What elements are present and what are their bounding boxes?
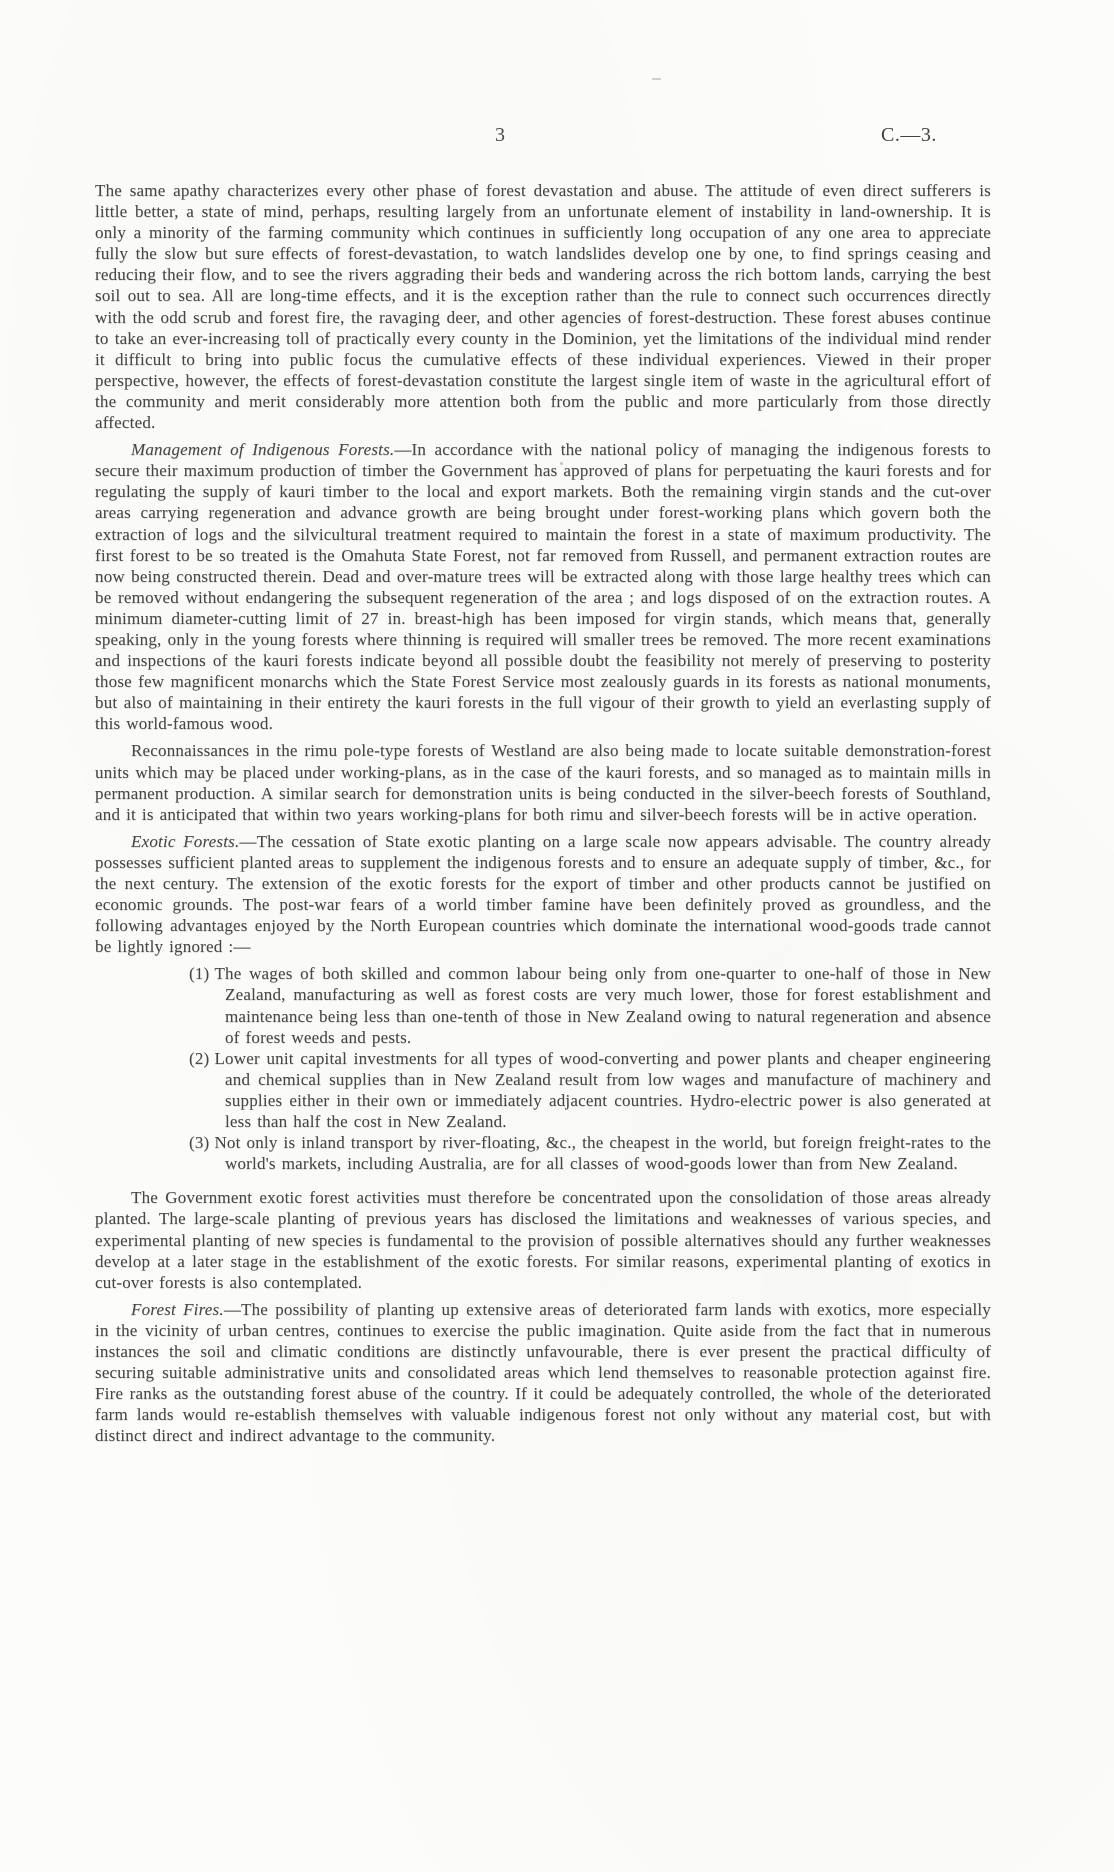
list-item-wages: (1)The wages of both skilled and common … bbox=[95, 963, 991, 1047]
paragraph-exotic-forests: Exotic Forests.—The cessation of State e… bbox=[95, 831, 991, 958]
page-body: The same apathy characterizes every othe… bbox=[95, 180, 991, 1446]
section-lead-forest-fires: Forest Fires. bbox=[131, 1300, 224, 1319]
list-marker: (1) bbox=[189, 964, 209, 983]
list-item-text: Not only is inland transport by river-fl… bbox=[214, 1133, 991, 1173]
paragraph-management-indigenous-forests: Management of Indigenous Forests.—In acc… bbox=[95, 439, 991, 734]
list-item-transport: (3)Not only is inland transport by river… bbox=[95, 1132, 991, 1174]
list-item-text: The wages of both skilled and common lab… bbox=[214, 964, 991, 1046]
list-item-text: Lower unit capital investments for all t… bbox=[214, 1049, 991, 1131]
paragraph-text: The Government exotic forest activities … bbox=[95, 1188, 991, 1291]
paragraph-forest-apathy: The same apathy characterizes every othe… bbox=[95, 180, 991, 433]
paper-code: C.—3. bbox=[881, 124, 937, 147]
paragraph-text: The same apathy characterizes every othe… bbox=[95, 181, 991, 432]
document-page: 3 C.—3. The same apathy characterizes ev… bbox=[0, 0, 1114, 1872]
paragraph-text: —The possibility of planting up extensiv… bbox=[95, 1300, 991, 1446]
section-lead-exotic-forests: Exotic Forests. bbox=[131, 832, 239, 851]
list-marker: (2) bbox=[189, 1049, 209, 1068]
paragraph-reconnaissances: Reconnaissances in the rimu pole-type fo… bbox=[95, 740, 991, 824]
page-header: 3 C.—3. bbox=[0, 124, 1114, 154]
paragraph-government-exotic-activities: The Government exotic forest activities … bbox=[95, 1187, 991, 1292]
section-lead-management-of-indigenous-forests: Management of Indigenous Forests. bbox=[131, 440, 394, 459]
list-marker: (3) bbox=[189, 1133, 209, 1152]
advantages-list: (1)The wages of both skilled and common … bbox=[95, 963, 991, 1174]
list-item-capital-investments: (2)Lower unit capital investments for al… bbox=[95, 1048, 991, 1132]
page-number: 3 bbox=[468, 124, 532, 147]
paragraph-forest-fires: Forest Fires.—The possibility of plantin… bbox=[95, 1299, 991, 1447]
scan-artifact bbox=[652, 78, 661, 80]
paragraph-text: Reconnaissances in the rimu pole-type fo… bbox=[95, 741, 991, 823]
paragraph-text: —In accordance with the national policy … bbox=[95, 440, 991, 733]
